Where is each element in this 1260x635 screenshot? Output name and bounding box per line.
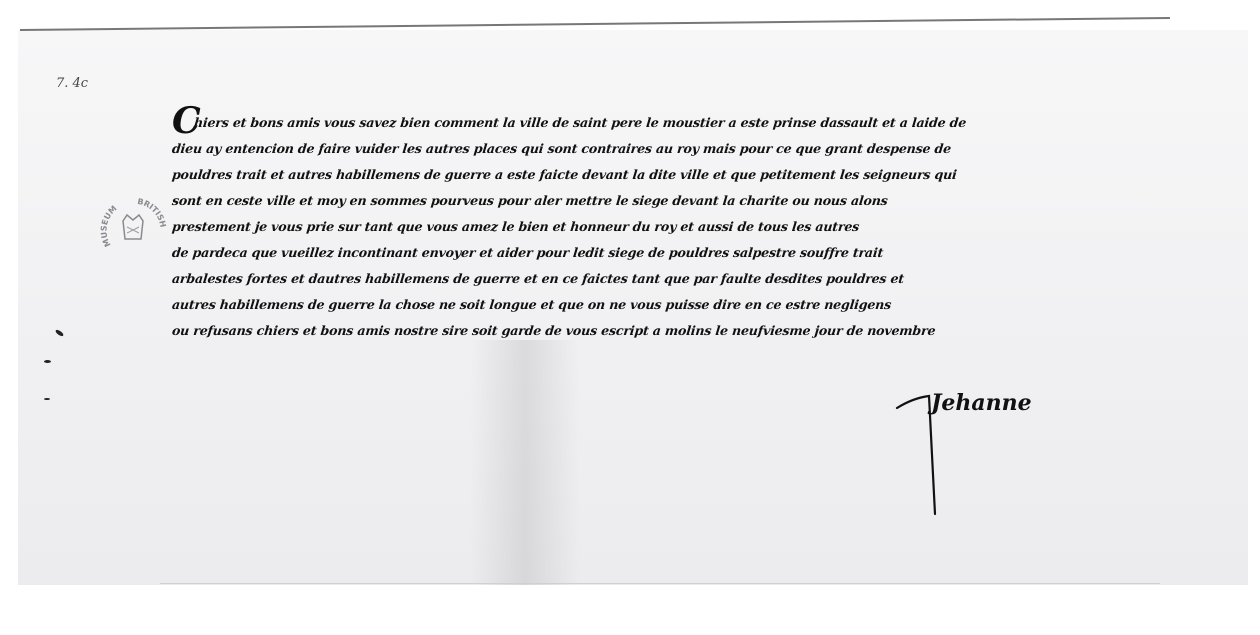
sheet-bottom-edge xyxy=(160,583,1160,584)
letter-line-2: dieu ay entencion de faire vuider les au… xyxy=(171,136,1204,162)
letter-line-8: autres habillemens de guerre la chose ne… xyxy=(171,292,1204,318)
letter-line-7: arbalestes fortes et dautres habillemens… xyxy=(171,266,1204,292)
letter-line-9: ou refusans chiers et bons amis nostre s… xyxy=(171,318,1204,344)
signature-name: Jehanne xyxy=(931,390,1032,416)
letter-line-1: hiers et bons amis vous savez bien comme… xyxy=(171,110,1204,136)
ink-blot xyxy=(44,360,51,363)
british-museum-stamp: MUSEUM BRITISH xyxy=(97,193,169,265)
stamp-text-left: MUSEUM xyxy=(99,204,118,248)
crown-crest-icon: MUSEUM BRITISH xyxy=(97,193,169,265)
letter-line-3: pouldres trait et autres habillemens de … xyxy=(171,162,1204,188)
ink-blot xyxy=(44,398,50,400)
stamp-text-right: BRITISH xyxy=(137,197,168,228)
letter-line-5: prestement je vous prie sur tant que vou… xyxy=(171,214,1204,240)
sheet-top-edge xyxy=(20,17,1170,31)
fold-shadow xyxy=(470,340,580,585)
decorated-initial: C xyxy=(172,100,201,142)
folio-mark: 7. 4c xyxy=(56,76,88,91)
svg-text:BRITISH: BRITISH xyxy=(137,197,168,228)
letter-line-6: de pardeca que vueillez incontinant envo… xyxy=(171,240,1204,266)
letter-line-4: sont en ceste ville et moy en sommes pou… xyxy=(171,188,1204,214)
letter-body: hiers et bons amis vous savez bien comme… xyxy=(172,110,1202,344)
svg-text:MUSEUM: MUSEUM xyxy=(99,204,118,248)
